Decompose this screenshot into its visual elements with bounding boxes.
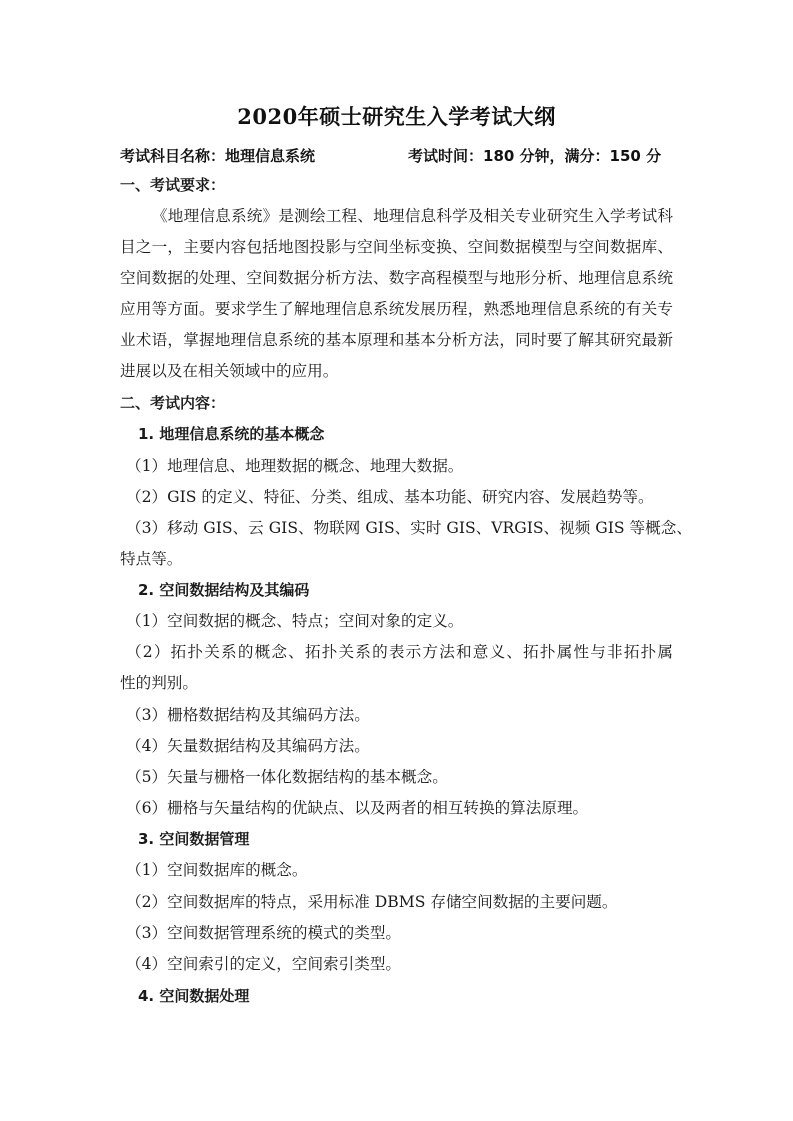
topic-heading: 4. 空间数据处理 — [120, 986, 691, 1006]
document-title: 2020年硕士研究生入学考试大纲 — [120, 101, 673, 131]
topic-item: （4）矢量数据结构及其编码方法。 — [120, 736, 673, 756]
topic-item: （3）栅格数据结构及其编码方法。 — [120, 705, 673, 725]
section-heading-content: 二、考试内容： — [120, 393, 673, 413]
section-heading-requirements: 一、考试要求： — [120, 175, 673, 195]
topic-heading: 3. 空间数据管理 — [120, 829, 691, 849]
topic-item: （4）空间索引的定义，空间索引类型。 — [120, 954, 673, 974]
paragraph-line: 应用等方面。要求学生了解地理信息系统发展历程，熟悉地理信息系统的有关专 — [120, 299, 673, 319]
paragraph-line: 《地理信息系统》是测绘工程、地理信息科学及相关专业研究生入学考试科 — [120, 206, 673, 226]
topic-heading: 2. 空间数据结构及其编码 — [120, 580, 691, 600]
topic-item: （6）栅格与矢量结构的优缺点、以及两者的相互转换的算法原理。 — [120, 798, 673, 818]
topic-item: （1）空间数据库的概念。 — [120, 860, 673, 880]
subject-name: 考试科目名称：地理信息系统 — [120, 145, 315, 166]
topic-item: （2）拓扑关系的概念、拓扑关系的表示方法和意义、拓扑属性与非拓扑属 — [120, 642, 673, 662]
paragraph-line: 空间数据的处理、空间数据分析方法、数字高程模型与地形分析、地理信息系统 — [120, 268, 673, 288]
topic-heading: 1. 地理信息系统的基本概念 — [120, 424, 691, 444]
topic-item: （2）GIS 的定义、特征、分类、组成、基本功能、研究内容、发展趋势等。 — [120, 487, 673, 507]
topic-item: （3）移动 GIS、云 GIS、物联网 GIS、实时 GIS、VRGIS、视频 … — [120, 518, 673, 538]
topic-item: （3）空间数据管理系统的模式的类型。 — [120, 923, 673, 943]
topic-item: （5）矢量与栅格一体化数据结构的基本概念。 — [120, 767, 673, 787]
topic-item: （2）空间数据库的特点，采用标准 DBMS 存储空间数据的主要问题。 — [120, 892, 673, 912]
topic-item-continued: 性的判别。 — [120, 673, 673, 693]
exam-time-score: 考试时间：180 分钟，满分：150 分 — [408, 145, 661, 166]
paragraph-line: 业术语，掌握地理信息系统的基本原理和基本分析方法，同时要了解其研究最新 — [120, 330, 673, 350]
paragraph-line: 进展以及在相关领域中的应用。 — [120, 361, 673, 381]
topic-item: （1）地理信息、地理数据的概念、地理大数据。 — [120, 456, 673, 476]
exam-meta: 考试科目名称：地理信息系统 考试时间：180 分钟，满分：150 分 — [120, 145, 673, 165]
paragraph-line: 目之一，主要内容包括地图投影与空间坐标变换、空间数据模型与空间数据库、 — [120, 237, 673, 257]
topic-item: （1）空间数据的概念、特点；空间对象的定义。 — [120, 611, 673, 631]
topic-item-continued: 特点等。 — [120, 549, 673, 569]
